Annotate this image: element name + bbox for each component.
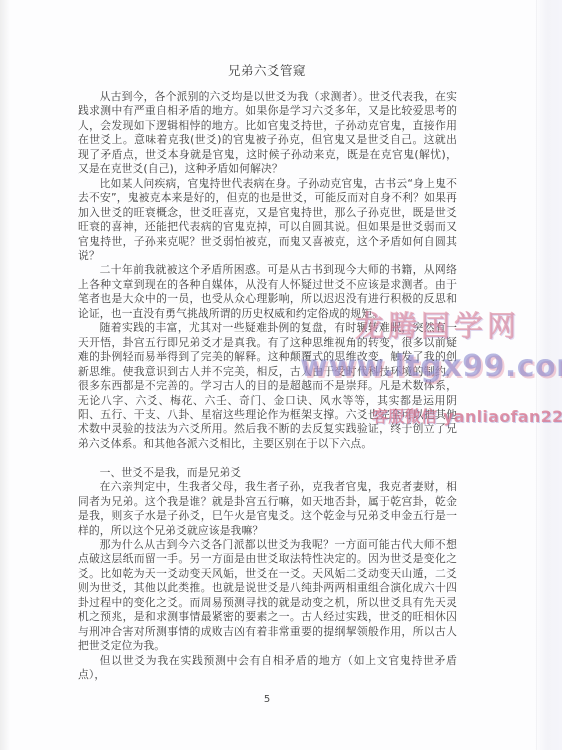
document-page: 兄弟六爻管窥 从古到今，各个派别的六爻均是以世爻为我（求测者）。世爻代表我，在实… bbox=[0, 0, 562, 750]
paragraph: 随着实践的丰富，尤其对一些疑难卦例的复盘，有时辗转难眠，突然有一天开悟，卦宫五行… bbox=[78, 321, 457, 451]
section-heading: 一、世爻不是我，而是兄弟爻 bbox=[78, 466, 457, 480]
body-text: 从古到今，各个派别的六爻均是以世爻为我（求测者）。世爻代表我，在实践求测中有严重… bbox=[78, 90, 457, 683]
paragraph: 比如某人问疾病，官鬼持世代表病在身。子孙动克官鬼，古书云“身上鬼不去不安”，鬼被… bbox=[78, 177, 457, 264]
paragraph: 从古到今，各个派别的六爻均是以世爻为我（求测者）。世爻代表我，在实践求测中有严重… bbox=[78, 90, 457, 177]
paragraph: 二十年前我就被这个矛盾所困惑。可是从古书到现今大师的书籍，从网络上各种文章到现在… bbox=[78, 263, 457, 321]
page-title: 兄弟六爻管窥 bbox=[78, 61, 456, 79]
scan-edge-left bbox=[0, 0, 12, 750]
page-number: 5 bbox=[78, 694, 456, 705]
scan-crease-line bbox=[536, 0, 537, 750]
paragraph: 那为什么从古到今六爻各门派都以世爻为我呢？一方面可能古代大师不想点破这层纸而留一… bbox=[78, 538, 457, 654]
paragraph: 在六亲判定中，生我者父母，我生者子孙，克我者官鬼，我克者妻财，相同者为兄弟。这个… bbox=[78, 480, 457, 538]
scan-edge-right bbox=[535, 0, 562, 750]
paragraph: 但以世爻为我在实践预测中会有自相矛盾的地方（如上文官鬼持世矛盾点）， bbox=[78, 654, 457, 683]
